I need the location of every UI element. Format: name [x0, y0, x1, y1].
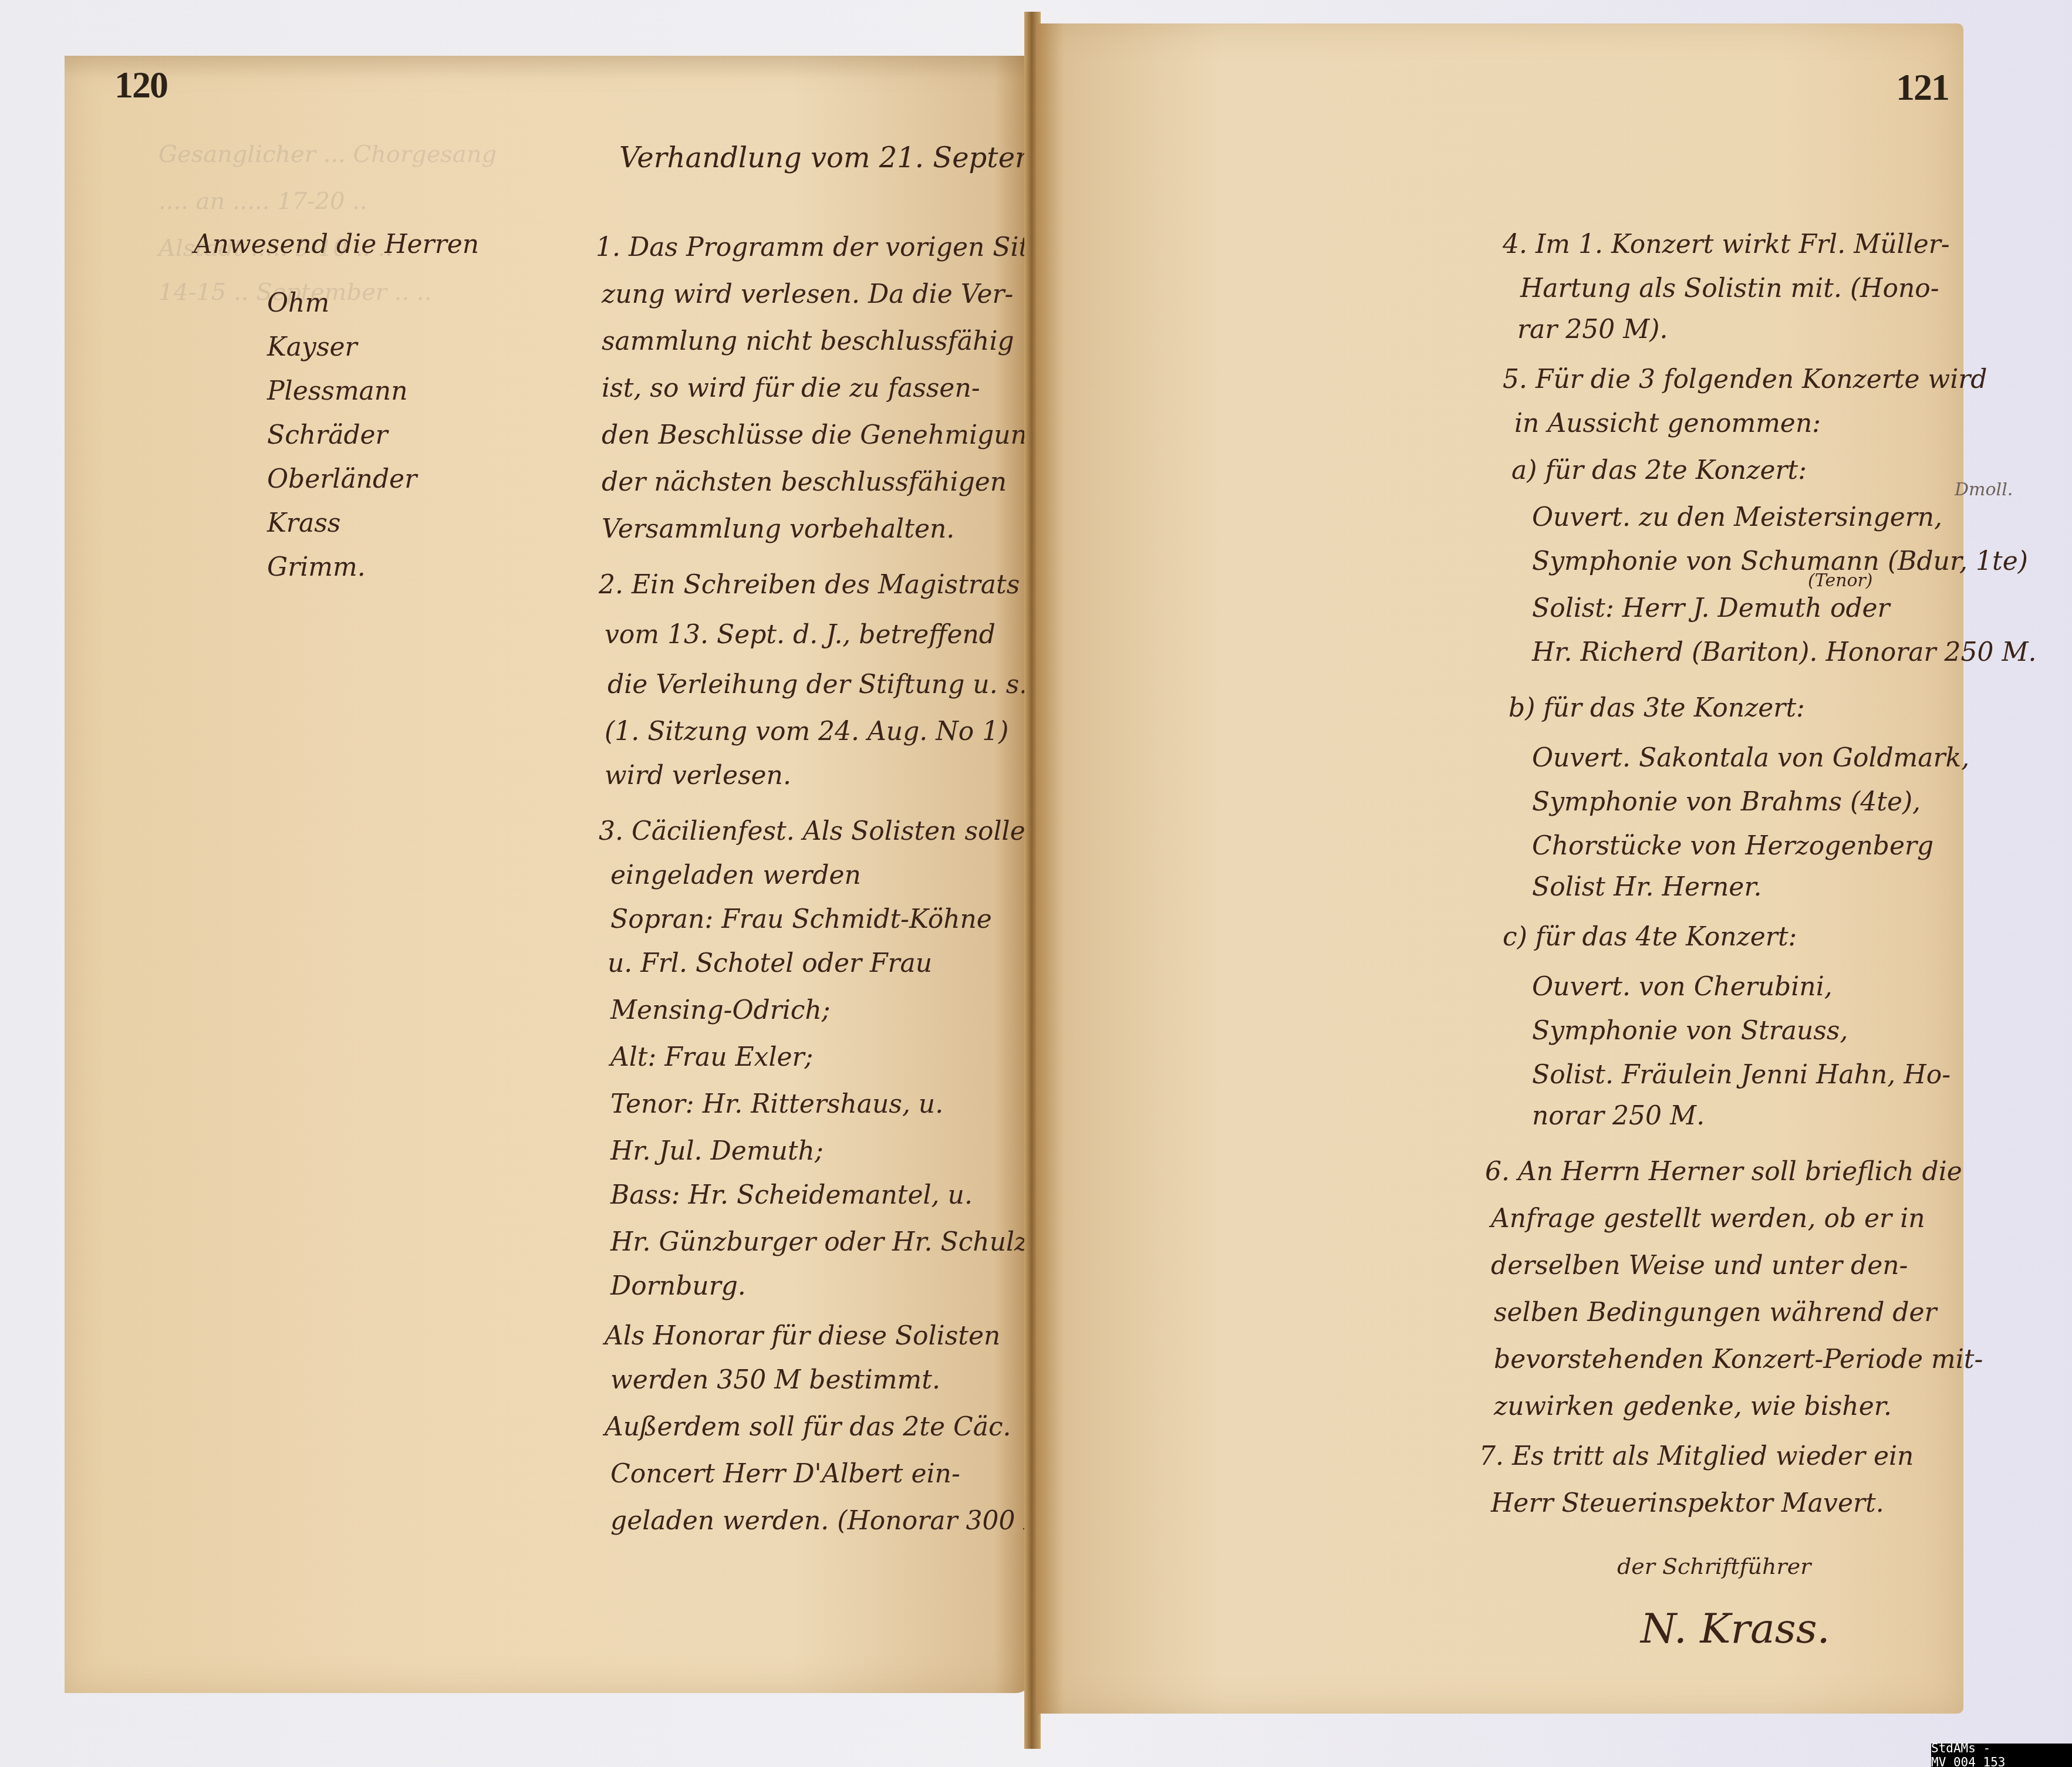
minutes-line: Bass: Hr. Scheidemantel, u.: [610, 1182, 973, 1208]
attendee-name: Oberländer: [267, 467, 417, 492]
minutes-line: 4. Im 1. Konzert wirkt Frl. Müller-: [1503, 232, 1950, 258]
minutes-line: Mensing-Odrich;: [610, 998, 831, 1023]
minutes-line: Tenor: Hr. Rittershaus, u.: [610, 1092, 943, 1117]
page-number-right: 121: [1896, 66, 1949, 109]
minutes-line: (1. Sitzung vom 24. Aug. No 1): [605, 719, 1008, 745]
minutes-line: geladen werden. (Honorar 300 M.): [610, 1508, 1068, 1534]
minutes-line: Hartung als Solistin mit. (Hono-: [1520, 276, 1939, 302]
minutes-line: Chorstücke von Herzogenberg: [1532, 833, 1933, 859]
minutes-line: c) für das 4te Konzert:: [1503, 924, 1797, 950]
minutes-line: vom 13. Sept. d. J., betreffend: [605, 622, 995, 648]
minutes-line: zuwirken gedenke, wie bisher.: [1494, 1394, 1892, 1420]
minutes-line: Anfrage gestellt werden, ob er in: [1491, 1206, 1925, 1232]
closing-role: der Schriftführer: [1617, 1555, 1811, 1577]
minutes-line: der nächsten beschlussfähigen: [602, 469, 1007, 495]
minutes-line: zung wird verlesen. Da die Ver-: [602, 282, 1013, 308]
minutes-line: Außerdem soll für das 2te Cäc.: [605, 1414, 1011, 1440]
minutes-line: a) für das 2te Konzert:: [1511, 458, 1807, 484]
minutes-line: Symphonie von Strauss,: [1532, 1018, 1848, 1044]
minutes-line: Symphonie von Schumann (Bdur, 1te): [1532, 549, 2028, 575]
minutes-line: bevorstehenden Konzert-Periode mit-: [1494, 1347, 1983, 1373]
minutes-line: rar 250 M).: [1517, 317, 1668, 343]
attendee-name: Schräder: [267, 423, 388, 448]
minutes-line: 3. Cäcilienfest. Als Solisten sollen: [599, 819, 1042, 844]
minutes-line: Ouvert. zu den Meistersingern,: [1532, 505, 1942, 531]
minutes-line: Symphonie von Brahms (4te),: [1532, 789, 1921, 815]
minutes-line: Versammlung vorbehalten.: [602, 516, 954, 542]
minutes-line: eingeladen werden: [610, 863, 861, 888]
minutes-line: Ouvert. von Cherubini,: [1532, 974, 1833, 1000]
minutes-line: Solist. Fräulein Jenni Hahn, Ho-: [1532, 1062, 1950, 1088]
minutes-line: 6. An Herrn Herner soll brieflich die: [1485, 1159, 1962, 1185]
archive-label: StdAMs - MV_004_153: [1931, 1744, 2072, 1767]
minutes-line: wird verlesen.: [605, 763, 791, 789]
minutes-line: Hr. Günzburger oder Hr. Schulz-: [610, 1229, 1037, 1255]
attendee-name: Ohm: [267, 290, 329, 316]
minutes-line: Ouvert. Sakontala von Goldmark,: [1532, 745, 1969, 771]
minutes-line: Sopran: Frau Schmidt-Köhne: [610, 907, 992, 933]
minutes-line: Dornburg.: [610, 1273, 746, 1299]
minutes-line: Hr. Richerd (Bariton). Honorar 250 M.: [1532, 640, 2036, 665]
minutes-line: Concert Herr D'Albert ein-: [610, 1461, 960, 1487]
minutes-line: sammlung nicht beschlussfähig: [602, 329, 1014, 354]
minutes-line: die Verleihung der Stiftung u. s. w.: [608, 672, 1063, 698]
bleed-through-text: Gesanglicher ... Chorgesang: [158, 141, 497, 168]
minutes-line: Solist: Herr J. Demuth oder: [1532, 596, 1890, 621]
minutes-line: werden 350 M bestimmt.: [610, 1367, 940, 1393]
attendee-name: Plessmann: [267, 379, 408, 404]
minutes-line: selben Bedingungen während der: [1494, 1300, 1937, 1326]
minutes-line: den Beschlüsse die Genehmigung: [602, 423, 1044, 448]
minutes-line: b) für das 3te Konzert:: [1509, 695, 1805, 721]
minutes-line: ist, so wird für die zu fassen-: [602, 376, 980, 401]
page-number-left: 120: [114, 63, 167, 107]
minutes-line: Als Honorar für diese Solisten: [605, 1323, 1000, 1349]
minutes-line: Alt: Frau Exler;: [610, 1045, 813, 1070]
attendance-intro: Anwesend die Herren: [194, 232, 479, 258]
bleed-through-text: .... an ..... 17-20 ..: [158, 188, 367, 215]
minutes-line: in Aussicht genommen:: [1514, 411, 1821, 437]
signature: N. Krass.: [1641, 1608, 1830, 1649]
minutes-line: u. Frl. Schotel oder Frau: [608, 951, 932, 977]
attendee-name: Grimm.: [267, 555, 366, 580]
minutes-line: 7. Es tritt als Mitglied wieder ein: [1479, 1444, 1914, 1469]
minutes-line: 1. Das Programm der vorigen Sit-: [596, 235, 1038, 261]
attendee-name: Kayser: [267, 335, 357, 360]
minutes-line: 5. Für die 3 folgenden Konzerte wird: [1503, 367, 1987, 393]
minutes-line: Solist Hr. Herner.: [1532, 874, 1762, 900]
pencil-annotation: Dmoll.: [1955, 481, 2013, 499]
tenor-annotation: (Tenor): [1808, 572, 1873, 590]
minutes-line: Hr. Jul. Demuth;: [610, 1138, 824, 1164]
minutes-line: 2. Ein Schreiben des Magistrats: [599, 572, 1020, 598]
minutes-line: Herr Steuerinspektor Mavert.: [1491, 1491, 1884, 1516]
minutes-line: norar 250 M.: [1532, 1103, 1705, 1129]
minutes-line: derselben Weise und unter den-: [1491, 1253, 1908, 1279]
attendee-name: Krass: [267, 511, 340, 536]
